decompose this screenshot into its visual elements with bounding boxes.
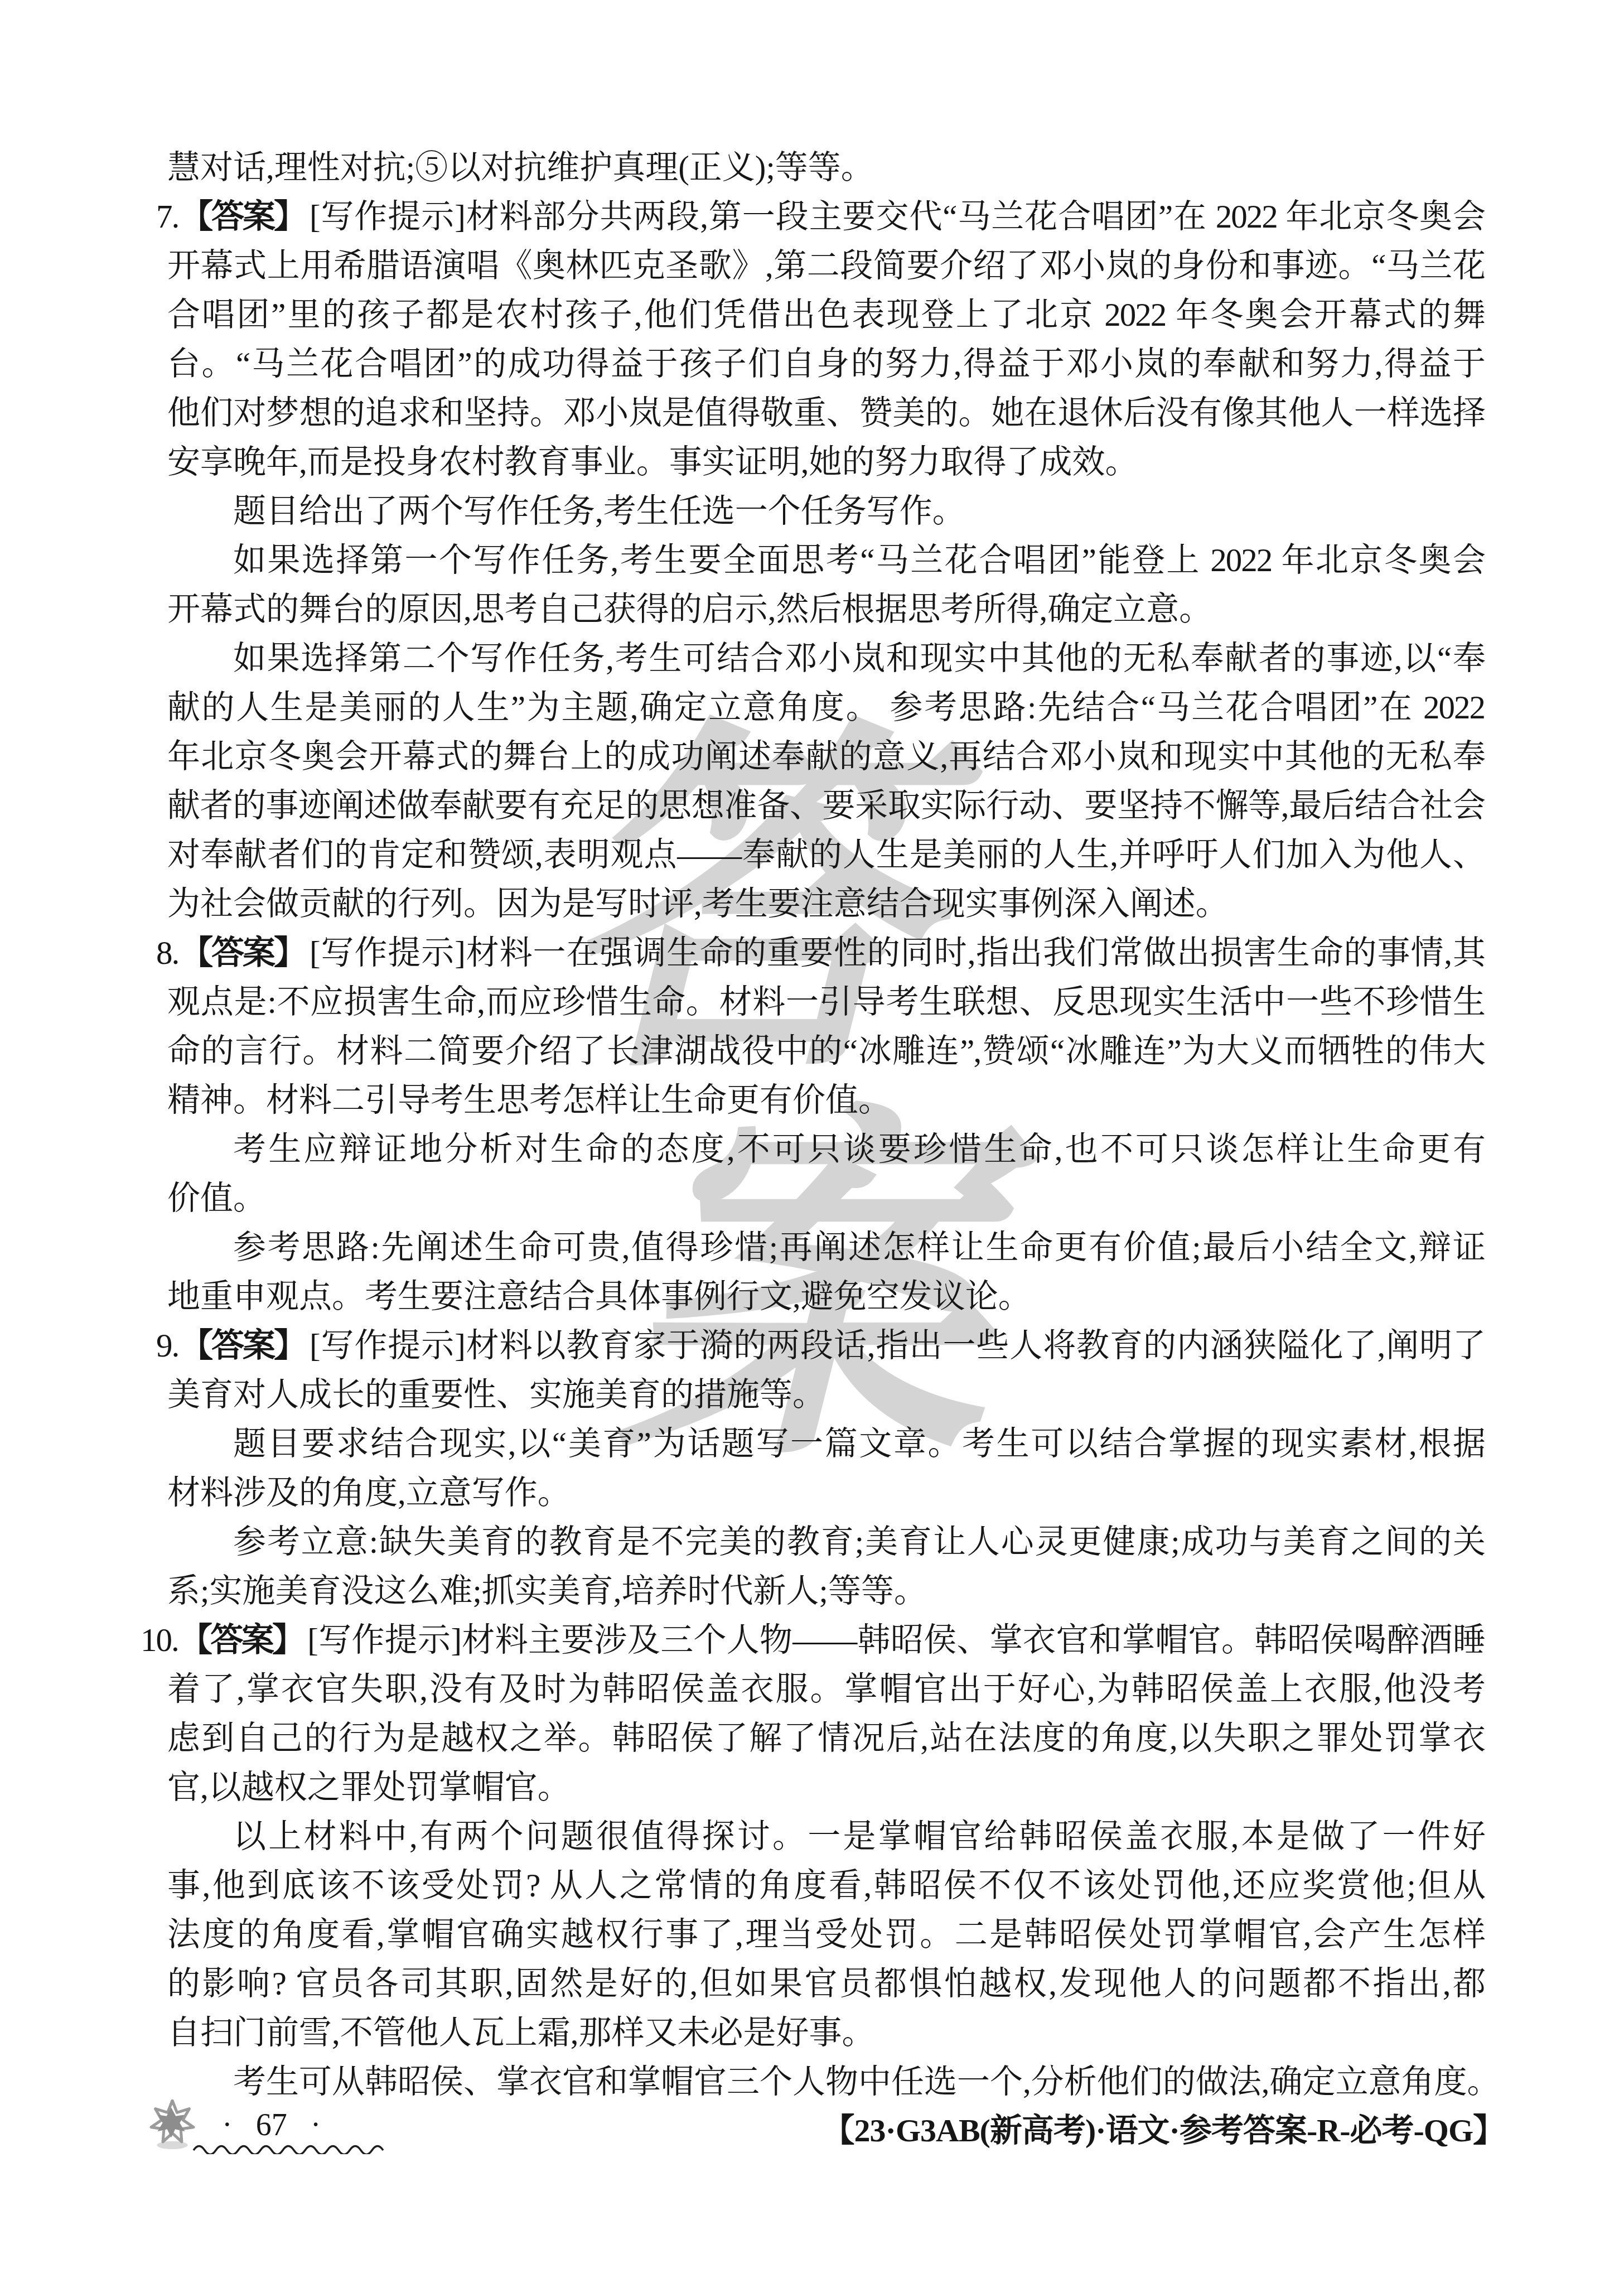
text-line: 为社会做贡献的行列。因为是写时评,考生要注意结合现实事例深入阐述。 <box>167 879 1485 928</box>
text-line: 价值。 <box>167 1174 1485 1223</box>
line-text: [写作提示]材料部分共两段,第一段主要交代“马兰花合唱团”在 2022 年北京冬… <box>310 198 1485 235</box>
answer-label: 【答案】 <box>178 1620 303 1659</box>
star-burst-icon <box>149 2099 195 2152</box>
text-line: 美育对人成长的重要性、实施美育的措施等。 <box>167 1370 1485 1419</box>
text-line: 如果选择第一个写作任务,考生要全面思考“马兰花合唱团”能登上 2022 年北京冬… <box>233 535 1485 585</box>
text-line: 地重申观点。考生要注意结合具体事例行文,避免空发议论。 <box>167 1272 1485 1321</box>
text-line: 年北京冬奥会开幕式的舞台上的成功阐述奉献的意义,再结合邓小岚和现实中其他的无私奉 <box>167 732 1485 781</box>
text-line: 献者的事迹阐述做奉献要有充足的思想准备、要采取实际行动、要坚持不懈等,最后结合社… <box>167 781 1485 830</box>
text-line: 题目给出了两个写作任务,考生任选一个任务写作。 <box>233 486 1485 535</box>
exam-code: 【23·G3AB(新高考)·语文·参考答案-R-必考-QG】 <box>823 2104 1505 2151</box>
answer-item-10: 10.【答案】[写作提示]材料主要涉及三个人物——韩昭侯、掌衣官和掌帽官。韩昭侯… <box>167 1615 1485 1664</box>
answer-label: 【答案】 <box>178 197 305 235</box>
text-line: 献的人生是美丽的人生”为主题,确定立意角度。 参考思路:先结合“马兰花合唱团”在… <box>167 683 1485 732</box>
item-number: 9. <box>156 1327 178 1364</box>
item-number: 8. <box>156 934 178 971</box>
text-line: 官,以越权之罪处罚掌帽官。 <box>167 1763 1485 1812</box>
page-number: · 67 · <box>222 2107 321 2143</box>
answer-item-9: 9.【答案】[写作提示]材料以教育家于漪的两段话,指出一些人将教育的内涵狭隘化了… <box>167 1321 1485 1370</box>
answer-item-8: 8.【答案】[写作提示]材料一在强调生命的重要性的同时,指出我们常做出损害生命的… <box>167 928 1485 977</box>
text-line: 参考立意:缺失美育的教育是不完美的教育;美育让人心灵更健康;成功与美育之间的关 <box>233 1517 1485 1566</box>
text-line: 系;实施美育没这么难;抓实美育,培养时代新人;等等。 <box>167 1566 1485 1615</box>
text-line: 考生应辩证地分析对生命的态度,不可只谈要珍惜生命,也不可只谈怎样让生命更有 <box>233 1124 1485 1174</box>
text-line: 慧对话,理性对抗;⑤以对抗维护真理(正义);等等。 <box>167 143 1485 192</box>
answer-text-block: 慧对话,理性对抗;⑤以对抗维护真理(正义);等等。 7.【答案】[写作提示]材料… <box>0 143 1624 2106</box>
text-line: 事,他到底该不该受处罚? 从人之常情的角度看,韩昭侯不仅不该处罚他,还应奖赏他;… <box>167 1861 1485 1910</box>
text-line: 的影响? 官员各司其职,固然是好的,但如果官员都惧怕越权,发现他人的问题都不指出… <box>167 1959 1485 2008</box>
wavy-underline <box>192 2141 396 2154</box>
text-line: 精神。材料二引导考生思考怎样让生命更有价值。 <box>167 1075 1485 1124</box>
text-line: 开幕式上用希腊语演唱《奥林匹克圣歌》,第二段简要介绍了邓小岚的身份和事迹。“马兰… <box>167 241 1485 290</box>
text-line: 自扫门前雪,不管他人瓦上霜,那样又未必是好事。 <box>167 2008 1485 2057</box>
text-line: 法度的角度看,掌帽官确实越权行事了,理当受处罚。二是韩昭侯处罚掌帽官,会产生怎样 <box>167 1910 1485 1959</box>
text-line: 对奉献者们的肯定和赞颂,表明观点——奉献的人生是美丽的人生,并呼吁人们加入为他人… <box>167 830 1485 879</box>
text-line: 命的言行。材料二简要介绍了长津湖战役中的“冰雕连”,赞颂“冰雕连”为大义而牺牲的… <box>167 1026 1485 1075</box>
text-line: 虑到自己的行为是越权之举。韩昭侯了解了情况后,站在法度的角度,以失职之罪处罚掌衣 <box>167 1714 1485 1763</box>
answer-label: 【答案】 <box>178 1326 305 1364</box>
line-text: [写作提示]材料主要涉及三个人物——韩昭侯、掌衣官和掌帽官。韩昭侯喝醉酒睡 <box>307 1621 1485 1658</box>
answer-label: 【答案】 <box>178 933 305 972</box>
text-line: 如果选择第二个写作任务,考生可结合邓小岚和现实中其他的无私奉献者的事迹,以“奉 <box>233 634 1485 683</box>
document-page: 答 案 慧对话,理性对抗;⑤以对抗维护真理(正义);等等。 7.【答案】[写作提… <box>0 0 1624 2283</box>
text-line: 开幕式的舞台的原因,思考自己获得的启示,然后根据思考所得,确定立意。 <box>167 585 1485 634</box>
line-text: [写作提示]材料一在强调生命的重要性的同时,指出我们常做出损害生命的事情,其 <box>310 934 1485 971</box>
text-line: 题目要求结合现实,以“美育”为话题写一篇文章。考生可以结合掌握的现实素材,根据 <box>233 1419 1485 1468</box>
text-line: 材料涉及的角度,立意写作。 <box>167 1468 1485 1517</box>
text-line: 以上材料中,有两个问题很值得探讨。一是掌帽官给韩昭侯盖衣服,本是做了一件好 <box>233 1812 1485 1861</box>
item-number: 10. <box>141 1621 178 1658</box>
text-line: 安享晚年,而是投身农村教育事业。事实证明,她的努力取得了成效。 <box>167 437 1485 486</box>
text-line: 着了,掌衣官失职,没有及时为韩昭侯盖衣服。掌帽官出于好心,为韩昭侯盖上衣服,他没… <box>167 1664 1485 1714</box>
text-line: 他们对梦想的追求和坚持。邓小岚是值得敬重、赞美的。她在退休后没有像其他人一样选择 <box>167 388 1485 437</box>
item-number: 7. <box>156 198 178 235</box>
answer-item-7: 7.【答案】[写作提示]材料部分共两段,第一段主要交代“马兰花合唱团”在 202… <box>167 192 1485 241</box>
line-text: [写作提示]材料以教育家于漪的两段话,指出一些人将教育的内涵狭隘化了,阐明了 <box>310 1327 1485 1364</box>
text-line: 观点是:不应损害生命,而应珍惜生命。材料一引导考生联想、反思现实生活中一些不珍惜… <box>167 977 1485 1026</box>
text-line: 参考思路:先阐述生命可贵,值得珍惜;再阐述怎样让生命更有价值;最后小结全文,辩证 <box>233 1223 1485 1272</box>
text-line: 合唱团”里的孩子都是农村孩子,他们凭借出色表现登上了北京 2022 年冬奥会开幕… <box>167 290 1485 339</box>
text-line: 考生可从韩昭侯、掌衣官和掌帽官三个人物中任选一个,分析他们的做法,确定立意角度。 <box>233 2057 1485 2106</box>
text-line: 台。“马兰花合唱团”的成功得益于孩子们自身的努力,得益于邓小岚的奉献和努力,得益… <box>167 339 1485 388</box>
